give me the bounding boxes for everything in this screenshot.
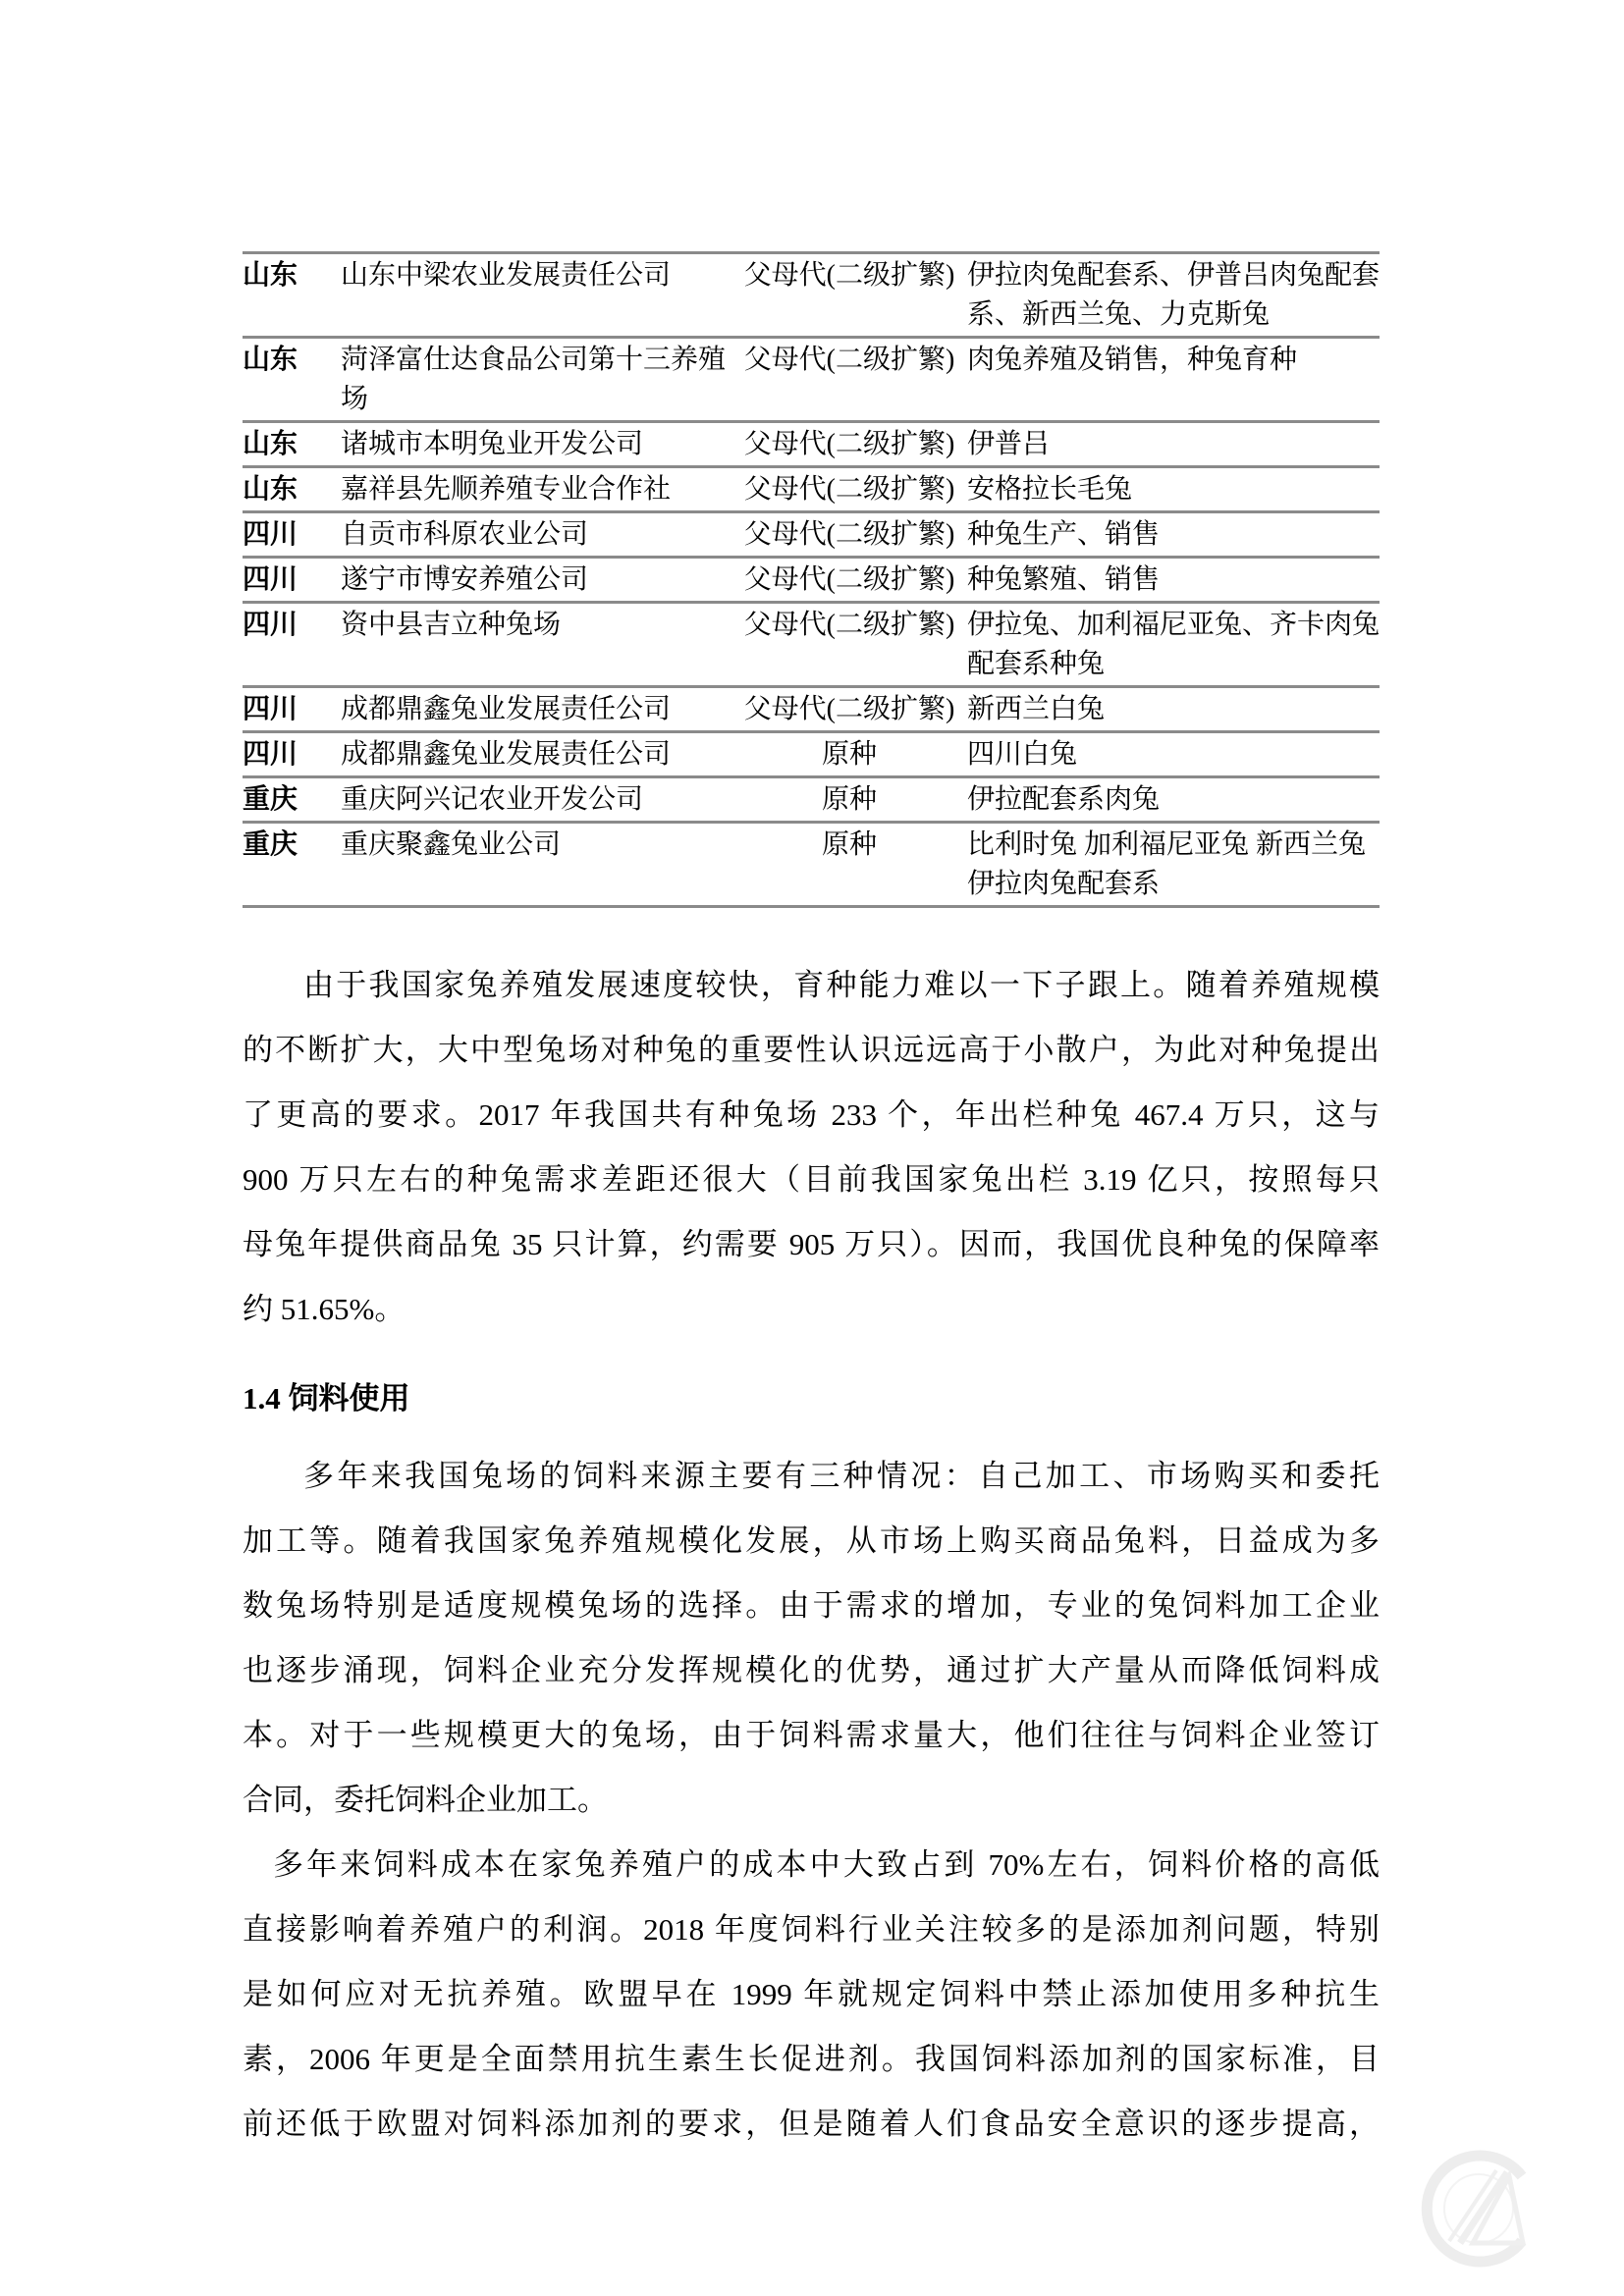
paragraph-feed-sources: 多年来我国兔场的饲料来源主要有三种情况：自己加工、市场购买和委托 加工等。随着我… bbox=[243, 1444, 1380, 1833]
text-line: 多年来饲料成本在家兔养殖户的成本中大致占到 70%左右，饲料价格的高低 bbox=[243, 1833, 1380, 1897]
cell-company: 成都鼎鑫兔业发展责任公司 bbox=[341, 687, 731, 732]
table-row: 重庆 重庆阿兴记农业开发公司 原种 伊拉配套系肉兔 bbox=[243, 777, 1380, 823]
text-line: 数兔场特别是适度规模兔场的选择。由于需求的增加，专业的兔饲料加工企业 bbox=[243, 1574, 1380, 1638]
document-page: 山东 山东中梁农业发展责任公司 父母代(二级扩繁) 伊拉肉兔配套系、伊普吕肉兔配… bbox=[0, 0, 1624, 2296]
cell-breeds: 新西兰白兔 bbox=[967, 687, 1380, 732]
text-line: 合同，委托饲料企业加工。 bbox=[243, 1768, 1380, 1833]
table-row: 四川 自贡市科原农业公司 父母代(二级扩繁) 种兔生产、销售 bbox=[243, 512, 1380, 558]
cell-breeding-type: 父母代(二级扩繁) bbox=[731, 422, 967, 467]
table-row: 山东 诸城市本明兔业开发公司 父母代(二级扩繁) 伊普吕 bbox=[243, 422, 1380, 467]
text-line: 900 万只左右的种兔需求差距还很大（目前我国家兔出栏 3.19 亿只，按照每只 bbox=[243, 1148, 1380, 1212]
table-row: 四川 资中县吉立种兔场 父母代(二级扩繁) 伊拉兔、加利福尼亚兔、齐卡肉兔配套系… bbox=[243, 603, 1380, 687]
table-row: 重庆 重庆聚鑫兔业公司 原种 比利时兔 加利福尼亚兔 新西兰兔 伊拉肉兔配套系 bbox=[243, 823, 1380, 907]
table-row: 四川 成都鼎鑫兔业发展责任公司 父母代(二级扩繁) 新西兰白兔 bbox=[243, 687, 1380, 732]
cell-company: 菏泽富仕达食品公司第十三养殖场 bbox=[341, 338, 731, 422]
table-row: 山东 菏泽富仕达食品公司第十三养殖场 父母代(二级扩繁) 肉兔养殖及销售，种兔育… bbox=[243, 338, 1380, 422]
cell-company: 资中县吉立种兔场 bbox=[341, 603, 731, 687]
cell-province: 重庆 bbox=[243, 823, 341, 907]
cell-breeds: 种兔繁殖、销售 bbox=[967, 558, 1380, 603]
cell-company: 自贡市科原农业公司 bbox=[341, 512, 731, 558]
text-line: 多年来我国兔场的饲料来源主要有三种情况：自己加工、市场购买和委托 bbox=[243, 1444, 1380, 1509]
cell-breeding-type: 原种 bbox=[731, 732, 967, 777]
cell-province: 山东 bbox=[243, 338, 341, 422]
table-row: 山东 嘉祥县先顺养殖专业合作社 父母代(二级扩繁) 安格拉长毛兔 bbox=[243, 467, 1380, 512]
cell-province: 四川 bbox=[243, 603, 341, 687]
paragraph-breeding-capacity: 由于我国家兔养殖发展速度较快，育种能力难以一下子跟上。随着养殖规模 的不断扩大，… bbox=[243, 953, 1380, 1342]
cell-company: 遂宁市博安养殖公司 bbox=[341, 558, 731, 603]
cell-breeding-type: 原种 bbox=[731, 823, 967, 907]
text-line: 约 51.65%。 bbox=[243, 1277, 1380, 1342]
cell-company: 成都鼎鑫兔业发展责任公司 bbox=[341, 732, 731, 777]
cell-province: 山东 bbox=[243, 422, 341, 467]
cell-province: 四川 bbox=[243, 687, 341, 732]
watermark-logo-icon bbox=[1414, 2143, 1547, 2276]
text-line: 的不断扩大，大中型兔场对种兔的重要性认识远远高于小散户，为此对种兔提出 bbox=[243, 1018, 1380, 1083]
cell-company: 嘉祥县先顺养殖专业合作社 bbox=[341, 467, 731, 512]
cell-breeding-type: 父母代(二级扩繁) bbox=[731, 467, 967, 512]
cell-province: 四川 bbox=[243, 732, 341, 777]
text-line: 由于我国家兔养殖发展速度较快，育种能力难以一下子跟上。随着养殖规模 bbox=[243, 953, 1380, 1018]
cell-breeds: 比利时兔 加利福尼亚兔 新西兰兔 伊拉肉兔配套系 bbox=[967, 823, 1380, 907]
table-row: 四川 成都鼎鑫兔业发展责任公司 原种 四川白兔 bbox=[243, 732, 1380, 777]
text-line: 也逐步涌现，饲料企业充分发挥规模化的优势，通过扩大产量从而降低饲料成 bbox=[243, 1638, 1380, 1703]
cell-breeding-type: 父母代(二级扩繁) bbox=[731, 603, 967, 687]
table-row: 四川 遂宁市博安养殖公司 父母代(二级扩繁) 种兔繁殖、销售 bbox=[243, 558, 1380, 603]
cell-company: 重庆聚鑫兔业公司 bbox=[341, 823, 731, 907]
cell-company: 诸城市本明兔业开发公司 bbox=[341, 422, 731, 467]
cell-company: 重庆阿兴记农业开发公司 bbox=[341, 777, 731, 823]
table-row: 山东 山东中梁农业发展责任公司 父母代(二级扩繁) 伊拉肉兔配套系、伊普吕肉兔配… bbox=[243, 253, 1380, 338]
cell-breeds: 四川白兔 bbox=[967, 732, 1380, 777]
cell-breeds: 种兔生产、销售 bbox=[967, 512, 1380, 558]
text-line: 是如何应对无抗养殖。欧盟早在 1999 年就规定饲料中禁止添加使用多种抗生 bbox=[243, 1962, 1380, 2027]
section-heading-feed-use: 1.4 饲料使用 bbox=[243, 1377, 1380, 1420]
cell-breeding-type: 父母代(二级扩繁) bbox=[731, 687, 967, 732]
cell-breeding-type: 父母代(二级扩繁) bbox=[731, 253, 967, 338]
page-content: 山东 山东中梁农业发展责任公司 父母代(二级扩繁) 伊拉肉兔配套系、伊普吕肉兔配… bbox=[243, 0, 1380, 2157]
cell-province: 重庆 bbox=[243, 777, 341, 823]
cell-breeds: 伊拉肉兔配套系、伊普吕肉兔配套系、新西兰兔、力克斯兔 bbox=[967, 253, 1380, 338]
cell-breeding-type: 原种 bbox=[731, 777, 967, 823]
text-line: 前还低于欧盟对饲料添加剂的要求，但是随着人们食品安全意识的逐步提高， bbox=[243, 2092, 1380, 2157]
cell-breeds: 安格拉长毛兔 bbox=[967, 467, 1380, 512]
cell-breeds: 伊拉兔、加利福尼亚兔、齐卡肉兔配套系种兔 bbox=[967, 603, 1380, 687]
cell-province: 四川 bbox=[243, 558, 341, 603]
cell-breeds: 伊拉配套系肉兔 bbox=[967, 777, 1380, 823]
cell-company: 山东中梁农业发展责任公司 bbox=[341, 253, 731, 338]
cell-breeding-type: 父母代(二级扩繁) bbox=[731, 558, 967, 603]
cell-province: 山东 bbox=[243, 253, 341, 338]
cell-province: 山东 bbox=[243, 467, 341, 512]
cell-province: 四川 bbox=[243, 512, 341, 558]
text-line: 母兔年提供商品兔 35 只计算，约需要 905 万只）。因而，我国优良种兔的保障… bbox=[243, 1212, 1380, 1277]
text-line: 本。对于一些规模更大的兔场，由于饲料需求量大，他们往往与饲料企业签订 bbox=[243, 1703, 1380, 1768]
paragraph-feed-cost: 多年来饲料成本在家兔养殖户的成本中大致占到 70%左右，饲料价格的高低 直接影响… bbox=[243, 1833, 1380, 2157]
breeder-table: 山东 山东中梁农业发展责任公司 父母代(二级扩繁) 伊拉肉兔配套系、伊普吕肉兔配… bbox=[243, 251, 1380, 908]
cell-breeding-type: 父母代(二级扩繁) bbox=[731, 512, 967, 558]
text-line: 加工等。随着我国家兔养殖规模化发展，从市场上购买商品兔料，日益成为多 bbox=[243, 1509, 1380, 1574]
text-line: 了更高的要求。2017 年我国共有种兔场 233 个，年出栏种兔 467.4 万… bbox=[243, 1083, 1380, 1148]
text-line: 素，2006 年更是全面禁用抗生素生长促进剂。我国饲料添加剂的国家标准，目 bbox=[243, 2027, 1380, 2092]
cell-breeds: 肉兔养殖及销售，种兔育种 bbox=[967, 338, 1380, 422]
text-line: 直接影响着养殖户的利润。2018 年度饲料行业关注较多的是添加剂问题，特别 bbox=[243, 1897, 1380, 1962]
cell-breeds: 伊普吕 bbox=[967, 422, 1380, 467]
breeder-table-body: 山东 山东中梁农业发展责任公司 父母代(二级扩繁) 伊拉肉兔配套系、伊普吕肉兔配… bbox=[243, 253, 1380, 907]
cell-breeding-type: 父母代(二级扩繁) bbox=[731, 338, 967, 422]
